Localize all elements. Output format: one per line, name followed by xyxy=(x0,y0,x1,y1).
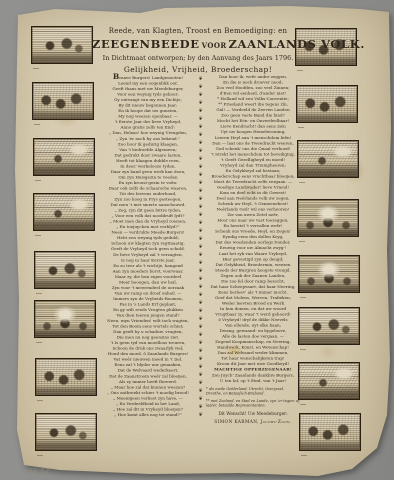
title-line-2: ZEEGENBEEDEVOORZAANLANDS VOLK. xyxy=(92,37,304,51)
woodcut-vignette-right-1 xyxy=(296,85,358,123)
poem-right-column: Dan hoor ik, weêr andre zeggen,En die is… xyxy=(206,74,300,425)
poem-left-column: Braave Burgers! Landgenooten!Leend my ee… xyxy=(99,74,197,417)
poem-line: Dan — laat ons de Tweedracht weeren, xyxy=(206,140,300,146)
woodcut-vignette-left-2 xyxy=(33,138,95,176)
poem-line: En zo teer als 't wichtje, hangend xyxy=(99,263,197,269)
poem-line: „ Hoe komt alles nog tot stand?” xyxy=(99,412,197,418)
woodcut-vignette-top-left xyxy=(31,26,93,64)
title-line-3: In Dichtmaat ontworpen; by den Aanvang d… xyxy=(92,54,304,62)
woodcut-vignette-left-4 xyxy=(34,251,96,289)
poem-line: God schenk' ons die Quaal verhoed! xyxy=(206,146,300,152)
foxing-stain xyxy=(318,344,338,360)
paper-sheet: Reede, van Klagten, Troost en Bemoedigin… xyxy=(0,0,394,480)
poem-line: Laat het ryk van Waare Vryheyd, xyxy=(206,251,300,257)
title-line-1: Reede, van Klagten, Troost en Bemoedigin… xyxy=(92,27,304,35)
poem-line: Leeren Heyl aan 't menschdom biên! xyxy=(206,135,300,141)
title-motto: Gelijkheid, Vrijheid, Broederschap! xyxy=(92,65,304,74)
woodcut-vignette-right-7 xyxy=(299,413,361,451)
poem-line: U ten lof, op 't Eind, van 't Jaar! xyxy=(206,378,300,384)
woodcut-vignette-right-2 xyxy=(297,140,359,178)
woodcut-vignette-right-6 xyxy=(298,362,360,400)
closing-wish: Dit Wenscht! Uw Meedeburger: xyxy=(206,412,300,417)
title-main-left: ZEEGENBEEDE xyxy=(92,37,200,51)
author-signature: SIMON KARMAN, Jacobs-Zoon. xyxy=(206,420,300,425)
poem-right-lines: Dan hoor ik, weêr andre zeggen,En die is… xyxy=(206,74,300,383)
column-divider-ornament: ❦❦❦❦❦❦❦❦❦❦❦❦❦❦❦❦❦❦❦❦❦❦❦❦❦❦❦❦❦❦❦❦❦❦❦❦❦❦❦❦… xyxy=(198,76,204,426)
title-main-right: ZAANLANDS VOLK. xyxy=(229,37,365,51)
poem-line: Dat Gelykheid, Broedermin, weezen xyxy=(206,262,300,268)
pencil-inscription: 42.52 xyxy=(28,468,50,475)
poem-line: Geeft de Vryheyd toch geen schuld. xyxy=(99,246,197,252)
poem-line: Zoo Juych' Zaanlands dankbre Burgers, xyxy=(206,372,300,378)
paper-sheet-wrap: Reede, van Klagten, Troost en Bemoedigin… xyxy=(0,0,394,480)
poem-line: „ Dan, Helaas! hoe weynig Vreugden, xyxy=(99,130,197,136)
woodcut-vignette-left-3 xyxy=(33,193,95,231)
photographed-print: Reede, van Klagten, Troost en Bemoedigin… xyxy=(0,0,394,480)
woodcut-vignette-right-4 xyxy=(298,255,360,293)
poem-line: MACHTIGE OPPERZEGENAAR! xyxy=(206,367,300,373)
footnote-1: * als mede Gelderland, Utrecht, Overysse… xyxy=(206,386,300,395)
poem-line: De lieve Vryheyd zal 't verzagten, xyxy=(99,252,197,258)
woodcut-vignette-right-3 xyxy=(297,199,359,237)
woodcut-vignette-left-5 xyxy=(34,300,96,338)
poem-line: Dat de Zaanstroom weêr zal bloeijen, xyxy=(99,373,197,379)
poem-line: Eeuwig voor uw Almacht zwyg'! xyxy=(206,245,300,251)
title-voor: VOOR xyxy=(200,41,229,50)
woodcut-vignette-left-7 xyxy=(35,413,97,451)
woodcut-vignette-right-5 xyxy=(298,307,360,345)
footnote-2: ** met Zeeland, en Stad en Lande, zyn 'e… xyxy=(206,399,300,408)
woodcut-vignette-left-6 xyxy=(35,358,97,396)
woodcut-vignette-left-1 xyxy=(32,82,94,120)
title-block: Reede, van Klagten, Troost en Bemoedigin… xyxy=(92,27,304,74)
